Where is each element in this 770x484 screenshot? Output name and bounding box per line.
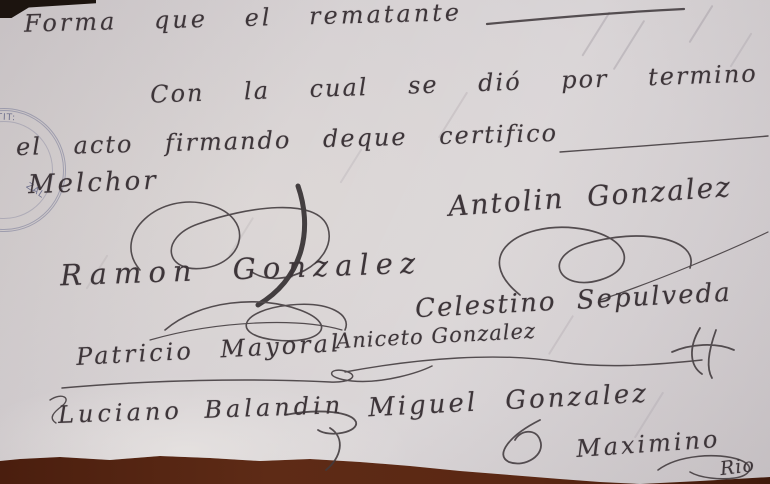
flourish-h-mark [672, 328, 734, 378]
flourish-dash-after-rematante [487, 9, 684, 24]
flourish-rubric-melchor-bold [258, 186, 305, 305]
flourish-pre-maximino [503, 420, 541, 463]
signature-melchor: Melchor [28, 166, 160, 201]
flourish-under-aniceto [345, 357, 702, 372]
flourish-under-patricio [62, 366, 432, 388]
flourish-tail-certifico [560, 136, 768, 152]
document-photo: TIT: ZAL Forma que el remata [0, 0, 770, 484]
signature-rio: Rio [719, 454, 756, 480]
